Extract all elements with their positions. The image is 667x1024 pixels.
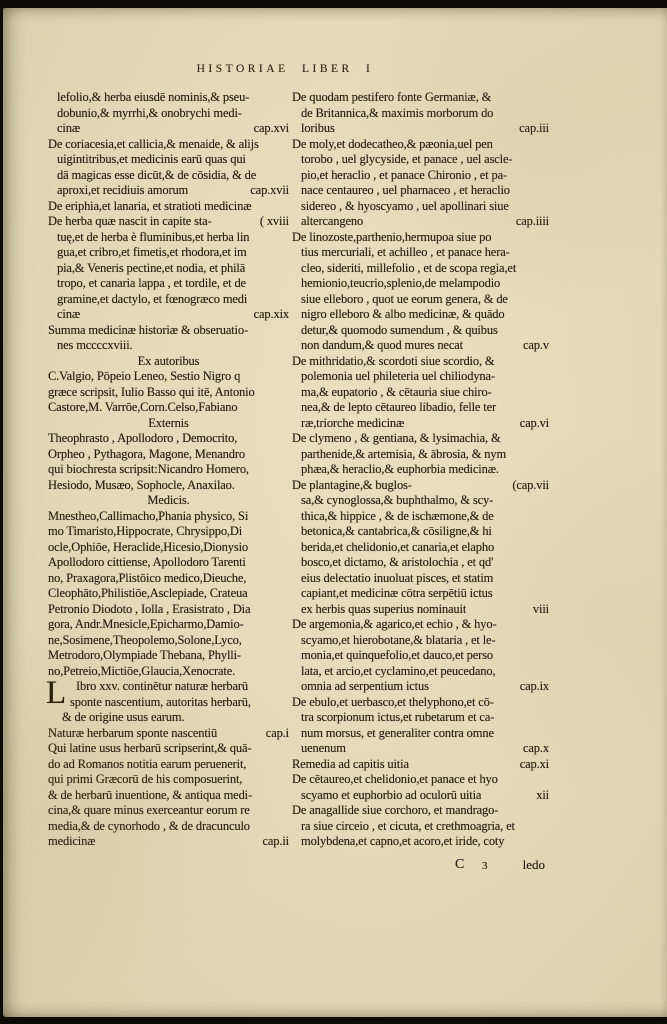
- text-line: betonica,& cantabrica,& cōsiligne,& hi: [292, 524, 549, 540]
- text-line: De moly,et dodecatheo,& pæonia,uel pen: [292, 137, 549, 153]
- chapter-title-text: De herba quæ nascit in capite sta-: [48, 214, 212, 230]
- chapter-title-text: medicinæ: [48, 834, 95, 850]
- signature-line: C 3 ledo: [292, 857, 549, 875]
- text-line: Ex autoribus: [48, 354, 289, 370]
- text-line: cleo, sideriti, millefolio , et de scopa…: [292, 261, 549, 277]
- text-line: Cleophāto,Philistiōe,Asclepiade, Crateua: [48, 586, 289, 602]
- text-line: qui primi Græcorū de his composuerint,: [48, 772, 289, 788]
- text-line: De eriphia,et lanaria, et stratioti medi…: [48, 199, 289, 215]
- text-line: De mithridatio,& scordoti siue scordio, …: [292, 354, 549, 370]
- chapter-number: cap.iiii: [510, 214, 549, 230]
- text-line: De ebulo,et uerbasco,et thelyphono,et cō…: [292, 695, 549, 711]
- text-line: berida,et chelidonio,et canaria,et elaph…: [292, 540, 549, 556]
- signature-mark: C: [455, 857, 464, 873]
- text-line: aproxi,et recidiuis amorumcap.xvii: [48, 183, 289, 199]
- text-line: lata, et arcio,et cyclamino,et peucedano…: [292, 664, 549, 680]
- text-line: Naturæ herbarum sponte nascentiūcap.i: [48, 726, 289, 742]
- text-line: loribuscap.iii: [292, 121, 549, 137]
- chapter-number: cap.xvi: [248, 121, 289, 137]
- text-line: cinæcap.xvi: [48, 121, 289, 137]
- text-line: ne,Sosimene,Theopolemo,Solone,Lyco,: [48, 633, 289, 649]
- text-line: hemionio,teucrio,splenio,de melampodio: [292, 276, 549, 292]
- text-line: uigintitribus,et medicinis earū quas qui: [48, 152, 289, 168]
- text-line: bosco,et dictamo, & aristolochia , et qd…: [292, 555, 549, 571]
- text-line: gua,et cribro,et fimetis,et rhodora,et i…: [48, 245, 289, 261]
- text-line: de Britannica,& maximis morborum do: [292, 106, 549, 122]
- text-line: tuę,et de herba è fluminibus,et herba li…: [48, 230, 289, 246]
- text-line: do ad Romanos notitia earum peruenerit,: [48, 757, 289, 773]
- text-line: nace centaureo , uel pharnaceo , et hera…: [292, 183, 549, 199]
- text-line: tropo, et canaria lappa , et tordile, et…: [48, 276, 289, 292]
- text-line: torobo , uel glycyside, et panace , uel …: [292, 152, 549, 168]
- text-line: molybdena,et capno,et acoro,et iride, co…: [292, 834, 549, 850]
- text-line: ex herbis quas superius nominauitviii: [292, 602, 549, 618]
- text-line: medicinæcap.ii: [48, 834, 289, 850]
- chapter-number: cap.iii: [513, 121, 549, 137]
- chapter-number: ( xviii: [254, 214, 289, 230]
- chapter-title-text: omnia ad serpentium ictus: [301, 679, 429, 695]
- text-line: num morsus, et generaliter contra omne: [292, 726, 549, 742]
- text-column-left: lefolio,& herba eiusdē nominis,& pseu-do…: [48, 90, 289, 850]
- text-line: græce scripsit, Iulio Basso qui itē, Ant…: [48, 385, 289, 401]
- signature-number: 3: [482, 860, 488, 872]
- chapter-title-text: aproxi,et recidiuis amorum: [57, 183, 188, 199]
- text-line: omnia ad serpentium ictuscap.ix: [292, 679, 549, 695]
- chapter-number: cap.xix: [248, 307, 289, 323]
- text-line: Castore,M. Varrōe,Corn.Celso,Fabiano: [48, 400, 289, 416]
- text-line: detur,& quomodo sumendum , & quibus: [292, 323, 549, 339]
- text-line: De clymeno , & gentiana, & lysimachia, &: [292, 431, 549, 447]
- text-line: phæa,& heraclio,& euphorbia medicinæ.: [292, 462, 549, 478]
- text-line: & de herbarū inuentione, & antiqua medi-: [48, 788, 289, 804]
- text-line: capiant,et medicinæ cōtra serpētiū ictus: [292, 586, 549, 602]
- text-line: dobunio,& myrrhi,& onobrychi medi-: [48, 106, 289, 122]
- text-line: ra siue circeio , et cicuta, et crethmoa…: [292, 819, 549, 835]
- page-paper: HISTORIAE LIBER I lefolio,& herba eiusdē…: [3, 8, 667, 1017]
- chapter-number: cap.v: [517, 338, 549, 354]
- text-line: lefolio,& herba eiusdē nominis,& pseu-: [48, 90, 289, 106]
- text-line: sidereo , & hyoscyamo , uel apollinari s…: [292, 199, 549, 215]
- text-line: Hesiodo, Musæo, Sophocle, Anaxilao.: [48, 478, 289, 494]
- text-line: eius delectatio inuoluat pisces, et stat…: [292, 571, 549, 587]
- text-line: siue elleboro , quot ue eorum genera, & …: [292, 292, 549, 308]
- text-line: media,& de cynorhodo , & de dracunculo: [48, 819, 289, 835]
- text-line: cina,& quare minus exerceantur eorum re: [48, 803, 289, 819]
- text-line: nes mccccxviii.: [48, 338, 289, 354]
- text-line: nea,& de lepto cētaureo libadio, felle t…: [292, 400, 549, 416]
- chapter-number: viii: [527, 602, 549, 618]
- text-line: qui biochresta scripsit:Nicandro Homero,: [48, 462, 289, 478]
- text-column-right: De quodam pestifero fonte Germaniæ, &de …: [292, 90, 549, 850]
- drop-cap-letter: L: [46, 678, 66, 708]
- chapter-title-text: De plantagine,& buglos-: [292, 478, 412, 494]
- text-line: Ibro xxv. continētur naturæ herbarū: [48, 679, 289, 695]
- chapter-number: xii: [530, 788, 549, 804]
- text-line: dā magicas esse dicūt,& de cōsidia, & de: [48, 168, 289, 184]
- text-line: Qui latine usus herbarū scripserint,& qu…: [48, 741, 289, 757]
- text-line: De cētaureo,et chelidonio,et panace et h…: [292, 772, 549, 788]
- chapter-title-text: scyamo et euphorbio ad oculorū uitia: [301, 788, 481, 804]
- chapter-number: cap.x: [517, 741, 549, 757]
- text-line: pia,& Veneris pectine,et nodia, et philā: [48, 261, 289, 277]
- chapter-title-text: ræ,triorche medicinæ: [301, 416, 404, 432]
- text-line: De herba quæ nascit in capite sta-( xvii…: [48, 214, 289, 230]
- text-line: monia,et quinquefolio,et dauco,et perso: [292, 648, 549, 664]
- text-line: non dandum,& quod mures necatcap.v: [292, 338, 549, 354]
- text-line: parthenide,& artemisia, & ābrosia, & nym: [292, 447, 549, 463]
- chapter-number: cap.ii: [256, 834, 289, 850]
- text-line: no, Praxagora,Plistōico medico,Dieuche,: [48, 571, 289, 587]
- text-line: Apollodoro cittiense, Apollodoro Tarenti: [48, 555, 289, 571]
- text-line: no,Petreio,Mictiōe,Glaucia,Xenocrate.: [48, 664, 289, 680]
- text-line: uenenumcap.x: [292, 741, 549, 757]
- text-line: Metrodoro,Olympiade Thebana, Phylli-: [48, 648, 289, 664]
- chapter-number: cap.xvii: [244, 183, 289, 199]
- chapter-title-text: ex herbis quas superius nominauit: [301, 602, 466, 618]
- text-line: gora, Andr.Mnesicle,Epicharmo,Damio-: [48, 617, 289, 633]
- text-line: De anagallide siue corchoro, et mandrago…: [292, 803, 549, 819]
- text-line: Orpheo , Pythagora, Magone, Menandro: [48, 447, 289, 463]
- text-line: sa,& cynoglossa,& buphthalmo, & scy-: [292, 493, 549, 509]
- chapter-title-text: cinæ: [57, 307, 80, 323]
- text-line: C.Valgio, Pōpeio Leneo, Sestio Nigro q: [48, 369, 289, 385]
- text-line: De linozoste,parthenio,hermupoa siue po: [292, 230, 549, 246]
- text-line: Externis: [48, 416, 289, 432]
- text-line: tius mercuriali, et achilleo , et panace…: [292, 245, 549, 261]
- chapter-title-text: altercangeno: [301, 214, 363, 230]
- text-line: sponte nascentium, autoritas herbarū,: [48, 695, 289, 711]
- text-line: mo Timaristo,Hippocrate, Chrysippo,Di: [48, 524, 289, 540]
- chapter-title-text: non dandum,& quod mures necat: [301, 338, 463, 354]
- text-line: De coriacesia,et callicia,& menaide, & a…: [48, 137, 289, 153]
- text-line: gramine,et dactylo, et fœnogræco medi: [48, 292, 289, 308]
- text-line: Theophrasto , Apollodoro , Democrito,: [48, 431, 289, 447]
- text-line: De plantagine,& buglos-(cap.vii: [292, 478, 549, 494]
- chapter-title-text: uenenum: [301, 741, 346, 757]
- text-line: ma,& eupatorio , & cētauria siue chiro-: [292, 385, 549, 401]
- chapter-number: cap.vi: [514, 416, 549, 432]
- text-line: nigro elleboro & albo medicinæ, & quādo: [292, 307, 549, 323]
- chapter-title-text: Naturæ herbarum sponte nascentiū: [48, 726, 217, 742]
- chapter-title-text: Remedia ad capitis uitia: [292, 757, 409, 773]
- text-line: thica,& hippice , & de ischæmone,& de: [292, 509, 549, 525]
- text-line: tra scorpionum ictus,et rubetarum et ca-: [292, 710, 549, 726]
- text-line: De argemonia,& agarico,et echio , & hyo-: [292, 617, 549, 633]
- text-line: cinæcap.xix: [48, 307, 289, 323]
- text-line: & de origine usus earum.: [48, 710, 289, 726]
- text-line: altercangenocap.iiii: [292, 214, 549, 230]
- text-line: ræ,triorche medicinæcap.vi: [292, 416, 549, 432]
- chapter-number: cap.xi: [514, 757, 549, 773]
- text-line: Summa medicinæ historiæ & obseruatio-: [48, 323, 289, 339]
- text-line: pio,et heraclio , et panace Chironio , e…: [292, 168, 549, 184]
- chapter-number: (cap.vii: [506, 478, 549, 494]
- text-line: Medicis.: [48, 493, 289, 509]
- text-line: ocle,Ophiōe, Heraclide,Hicesio,Dionysio: [48, 540, 289, 556]
- chapter-number: cap.ix: [514, 679, 549, 695]
- chapter-title-text: cinæ: [57, 121, 80, 137]
- text-line: scyamo,et hierobotane,& blataria , et le…: [292, 633, 549, 649]
- text-line: Remedia ad capitis uitiacap.xi: [292, 757, 549, 773]
- running-header: HISTORIAE LIBER I: [150, 63, 420, 75]
- book-page-scan: { "page": { "header": "HISTORIAE LIBER I…: [0, 0, 667, 1024]
- text-line: scyamo et euphorbio ad oculorū uitiaxii: [292, 788, 549, 804]
- chapter-number: cap.i: [260, 726, 289, 742]
- text-line: polemonia uel phileteria uel chiliodyna-: [292, 369, 549, 385]
- chapter-title-text: loribus: [301, 121, 335, 137]
- text-line: De quodam pestifero fonte Germaniæ, &: [292, 90, 549, 106]
- text-line: Mnestheo,Callimacho,Phania physico, Si: [48, 509, 289, 525]
- text-line: Petronio Diodoto , Iolla , Erasistrato ,…: [48, 602, 289, 618]
- catchword: ledo: [523, 857, 545, 873]
